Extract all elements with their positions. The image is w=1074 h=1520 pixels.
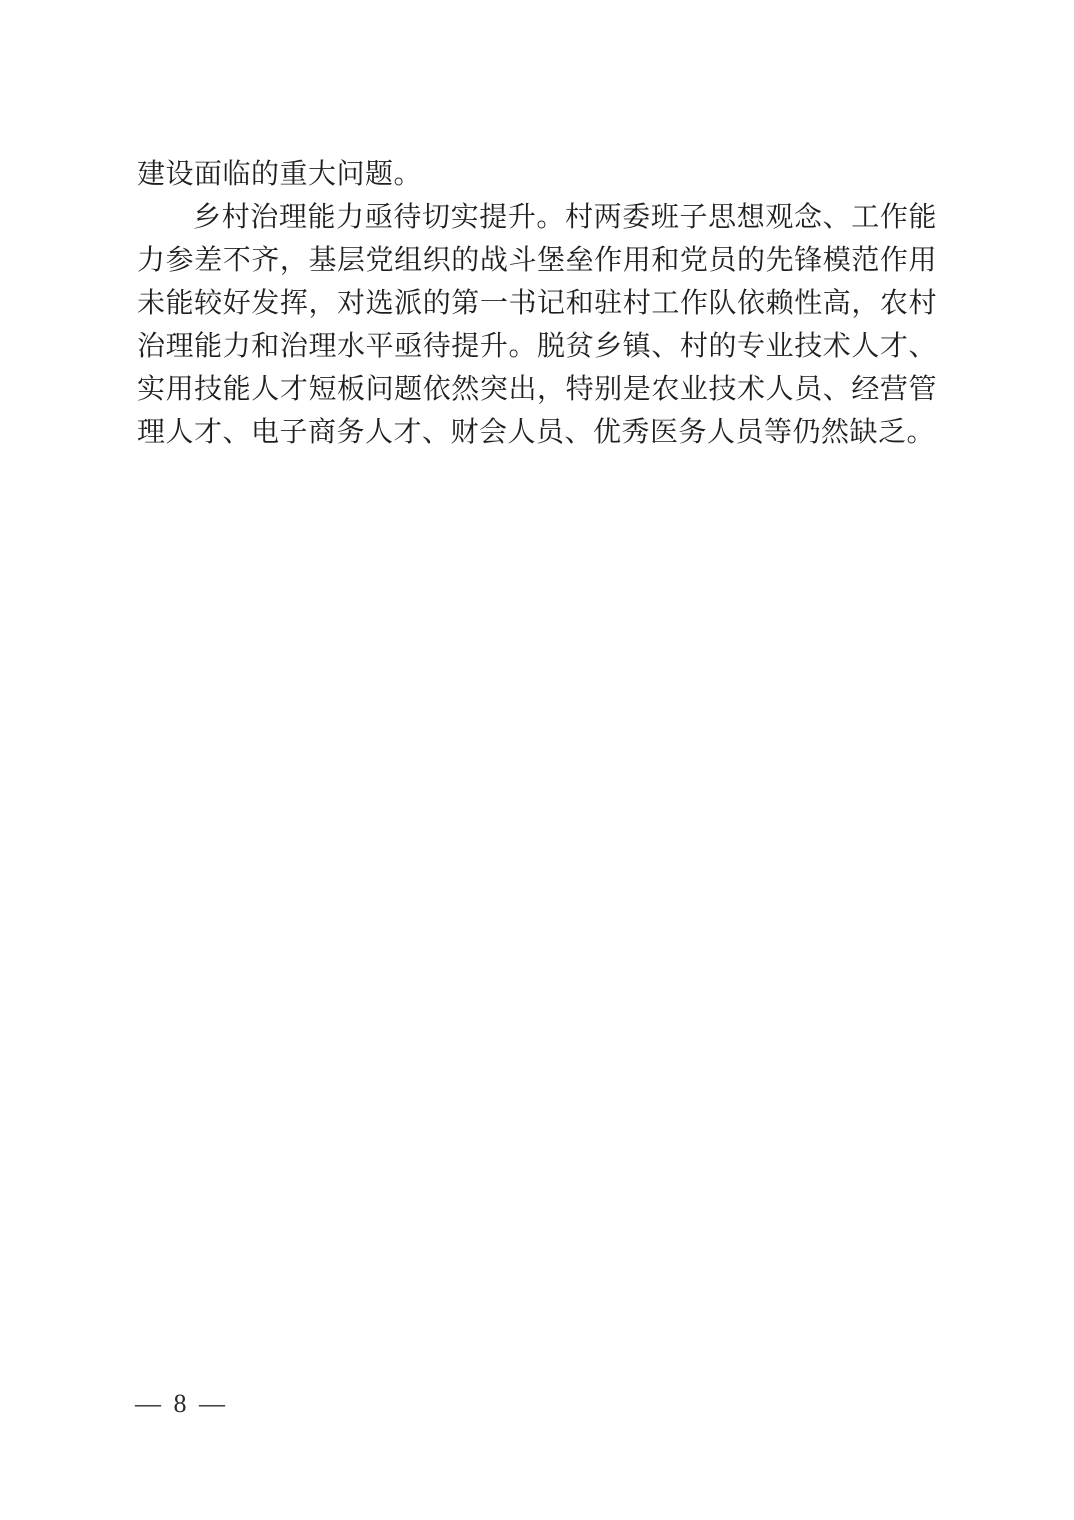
page-number: — 8 — [135, 1389, 228, 1419]
paragraph-continuation: 建设面临的重大问题。 [137, 153, 937, 196]
body-text: 建设面临的重大问题。 乡村治理能力亟待切实提升。村两委班子思想观念、工作能力参差… [137, 153, 937, 454]
document-page: 建设面临的重大问题。 乡村治理能力亟待切实提升。村两委班子思想观念、工作能力参差… [0, 0, 1074, 1520]
paragraph-rural-governance: 乡村治理能力亟待切实提升。村两委班子思想观念、工作能力参差不齐，基层党组织的战斗… [137, 196, 937, 454]
